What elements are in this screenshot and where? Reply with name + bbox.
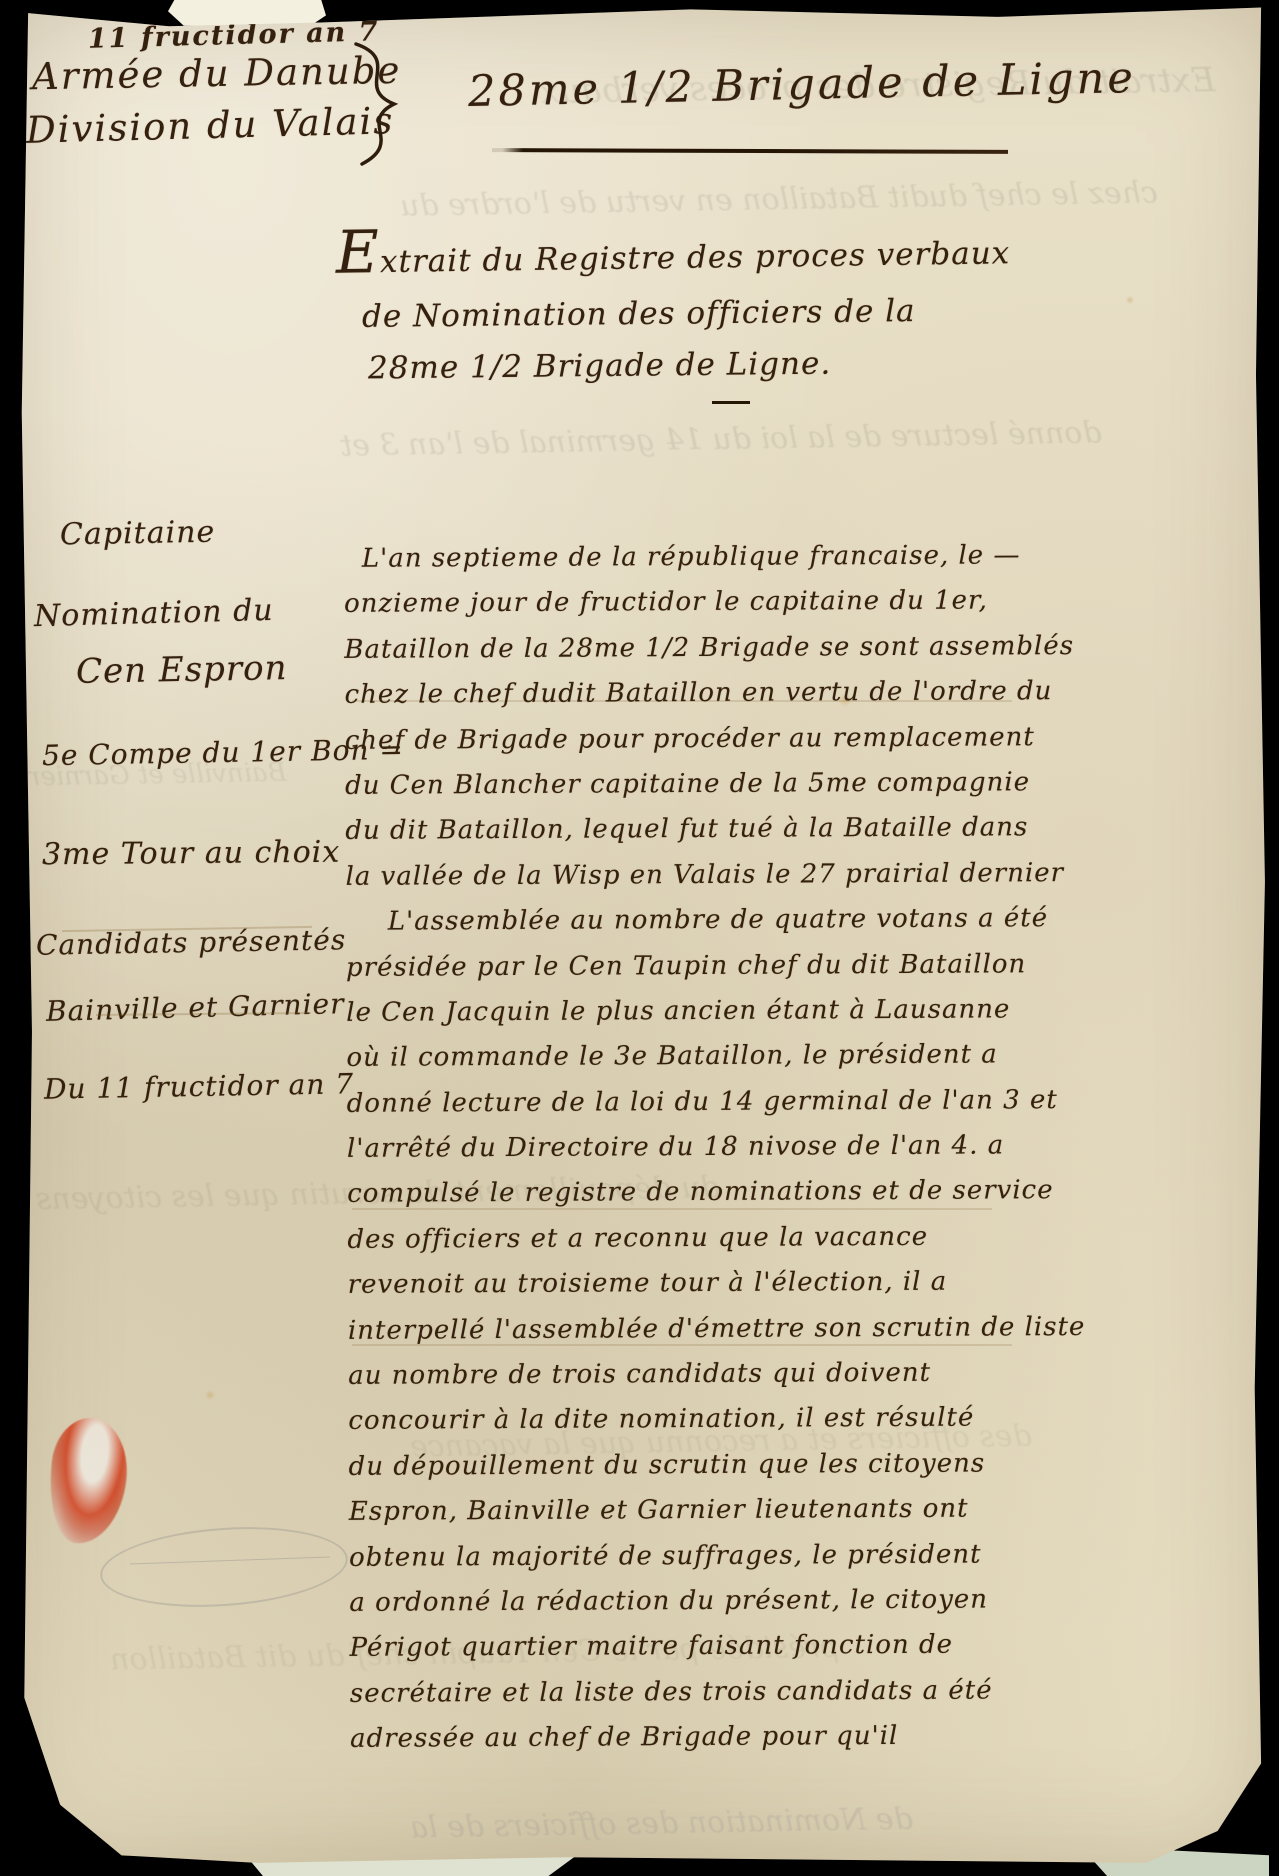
body-line: des officiers et a reconnu que la vacanc… [347,1221,1047,1270]
body-line: Espron, Bainville et Garnier lieutenants… [349,1493,1049,1542]
title-rule [492,148,1008,154]
body-line: obtenu la majorité de suffrages, le prés… [349,1539,1049,1588]
body-line: L'an septieme de la république francaise… [344,540,1044,589]
margin-note-rank: Capitaine [60,515,216,553]
margin-note-citizen-name: Cen Espron [76,648,288,692]
bleedthrough-pencil-text: de Nomination des officiers de la [410,1802,913,1846]
body-line: où il commande le 3e Bataillon, le prési… [346,1039,1046,1088]
bleedthrough-text: chez le chef dudit Bataillon en vertu de… [400,175,1158,223]
body-line: revenoit au troisieme tour à l'élection,… [348,1266,1048,1315]
body-line: du dépouillement du scrutin que les cito… [349,1448,1049,1497]
body-line: Périgot quartier maitre faisant fonction… [350,1630,1050,1679]
margin-note-candidate-names: Bainville et Garnier [46,987,345,1028]
body-line: compulsé le registre de nominations et d… [347,1176,1047,1225]
body-line: donné lecture de la loi du 14 germinal d… [347,1085,1047,1134]
heading-underline [712,401,750,404]
body-line: le Cen Jacquin le plus ancien étant à La… [346,994,1046,1043]
division-name-line: Division du Valais [26,99,395,152]
brace-flourish [346,38,410,170]
body-paragraph: L'an septieme de la république francaise… [344,540,1050,1769]
body-line: adressée au chef de Brigade pour qu'il [350,1720,1050,1769]
body-line: du Cen Blancher capitaine de la 5me comp… [345,767,1045,816]
heading-line-1: Extrait du Registre des proces verbaux [336,235,1011,280]
body-line: l'arrêté du Directoire du 18 nivose de l… [347,1130,1047,1179]
body-line: chez le chef dudit Bataillon en vertu de… [345,676,1045,725]
document-title: 28me 1/2 Brigade de Ligne [468,53,1137,117]
body-line: onzieme jour de fructidor le capitaine d… [344,586,1044,635]
body-line: Bataillon de la 28me 1/2 Brigade se sont… [344,631,1044,680]
body-line: a ordonné la rédaction du présent, le ci… [349,1584,1049,1633]
pencil-ellipse-mark [98,1519,351,1614]
bleedthrough-text: donné lecture de la loi du 14 germinal d… [340,415,1102,463]
heading-line-2: de Nomination des officiers de la [362,293,916,335]
margin-note-date: Du 11 fructidor an 7 [44,1067,355,1105]
body-line: L'assemblée au nombre de quatre votans a… [346,903,1046,952]
body-line: chef de Brigade pour procéder au remplac… [345,722,1045,771]
wax-seal-remnant [44,1414,133,1547]
body-line: présidée par le Cen Taupin chef du dit B… [346,949,1046,998]
margin-note-nomination: Nomination du [34,593,274,634]
body-line: au nombre de trois candidats qui doivent [348,1357,1048,1406]
manuscript-scan: { "page": { "annotations": { "date_note"… [0,0,1279,1876]
body-line: la vallée de la Wisp en Valais le 27 pra… [345,858,1045,907]
body-line: secrétaire et la liste des trois candida… [350,1675,1050,1724]
body-line: concourir à la dite nomination, il est r… [348,1403,1048,1452]
margin-note-tour: 3me Tour au choix [42,835,341,873]
heading-line-3: 28me 1/2 Brigade de Ligne. [368,346,832,387]
body-line: interpellé l'assemblée d'émettre son scr… [348,1312,1048,1361]
manuscript-page: Extrait du Registre des proces verbaux c… [0,0,1279,1876]
body-line: du dit Bataillon, lequel fut tué à la Ba… [345,813,1045,862]
